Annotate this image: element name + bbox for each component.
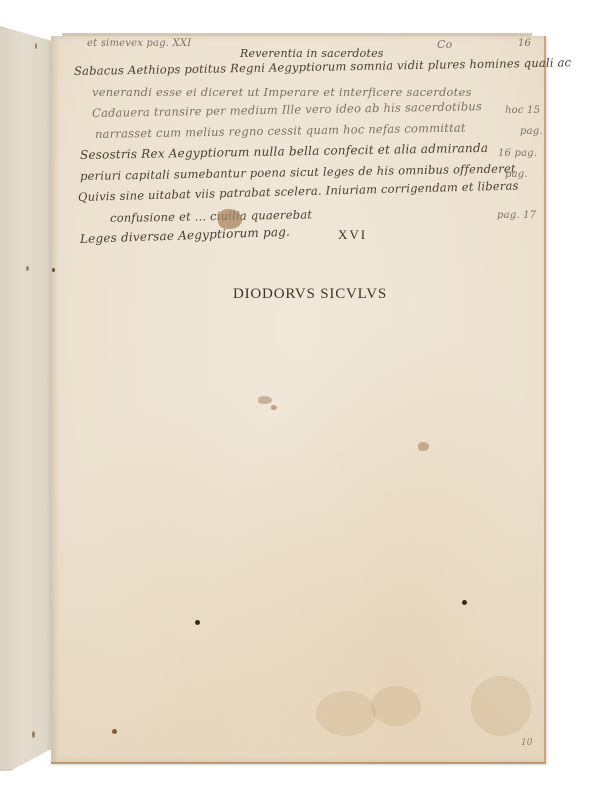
margin-note: pag. — [505, 169, 528, 180]
worm-hole — [195, 620, 200, 625]
facing-leaf — [0, 26, 52, 771]
foxing-stain — [418, 442, 429, 451]
foxing-stain — [258, 396, 272, 404]
worm-hole — [462, 600, 467, 605]
foxing-spot — [32, 731, 35, 738]
margin-note: 16 pag. — [498, 148, 537, 159]
foxing-stain — [271, 405, 277, 410]
water-stain — [316, 691, 376, 736]
printed-title: DIODORVS SICVLVS — [233, 286, 387, 303]
margin-note: Co — [437, 38, 452, 51]
water-stain — [371, 686, 421, 726]
annotation-top-left: et simevex pag. XXI — [87, 38, 191, 49]
worm-hole — [112, 729, 117, 734]
folio-mark: 10 — [521, 738, 532, 748]
water-stain — [471, 676, 531, 736]
worm-hole — [52, 268, 55, 272]
foxing-spot — [35, 43, 37, 49]
margin-note: 16 — [518, 38, 531, 49]
foxing-spot — [26, 266, 29, 271]
margin-note: hoc 15 — [505, 105, 540, 116]
ink-stain — [218, 209, 242, 229]
printed-numeral: XVI — [338, 227, 367, 243]
margin-note: pag. — [520, 126, 543, 137]
annotation-line-2: venerandi esse ei diceret ut Imperare et… — [92, 85, 472, 99]
margin-note: pag. 17 — [497, 210, 536, 221]
